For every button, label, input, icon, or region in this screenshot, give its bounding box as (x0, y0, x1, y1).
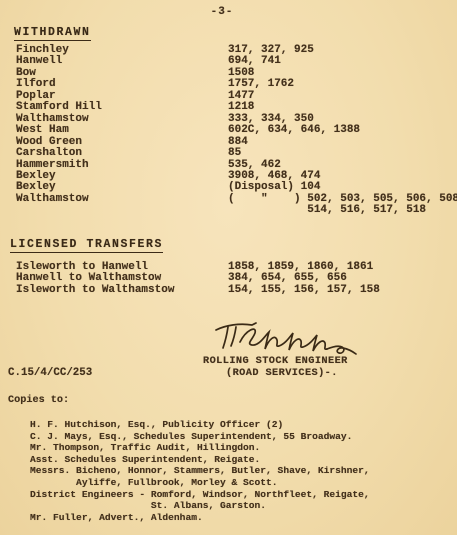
withdrawn-row: Carshalton 85 (16, 148, 453, 159)
copies-recipient-line: Mr. Thompson, Traffic Audit, Hillingdon. (30, 442, 370, 454)
withdrawn-row: Walthamstow ( " ) 502, 503, 505, 506, 50… (16, 194, 453, 217)
copies-recipient-line: Asst. Schedules Superintendent, Reigate. (30, 454, 370, 466)
garage-location-label: Carshalton (16, 148, 228, 159)
signature-ink-strokes (212, 318, 362, 360)
copies-to-list: H. F. Hutchison, Esq., Publicity Officer… (30, 419, 370, 523)
handwritten-signature (212, 318, 362, 360)
signoff-title-line2: (ROAD SERVICES)-. (226, 367, 338, 379)
copies-to-heading: Copies to: (8, 395, 69, 406)
garage-location-label: Hanwell (16, 56, 228, 67)
fleet-numbers: 85 (228, 148, 241, 159)
fleet-numbers: 154, 155, 156, 157, 158 (228, 285, 380, 296)
reference-number: C.15/4/CC/253 (8, 367, 92, 379)
transfer-route-label: Isleworth to Walthamstow (16, 285, 228, 296)
scanned-document-page: -3- WITHDRAWN Finchley 317, 327, 925 Han… (0, 0, 457, 535)
copies-recipient-line: C. J. Mays, Esq., Schedules Superintende… (30, 431, 370, 443)
signoff-title-line1: ROLLING STOCK ENGINEER (203, 355, 348, 367)
withdrawn-row: West Ham 602C, 634, 646, 1388 (16, 125, 453, 136)
fleet-numbers: 1218 (228, 102, 254, 113)
copies-recipient-line: Ayliffe, Fullbrook, Morley & Scott. (30, 477, 370, 489)
fleet-numbers: ( " ) 502, 503, 505, 506, 508, 509, 514,… (228, 194, 457, 217)
garage-location-label: West Ham (16, 125, 228, 136)
copies-recipient-line: St. Albans, Garston. (30, 500, 370, 512)
withdrawn-list: Finchley 317, 327, 925 Hanwell 694, 741 … (16, 45, 453, 217)
garage-location-label: Stamford Hill (16, 102, 228, 113)
copies-recipient-line: District Engineers - Romford, Windsor, N… (30, 489, 370, 501)
copies-recipient-line: Mr. Fuller, Advert., Aldenham. (30, 512, 370, 524)
copies-recipient-line: Messrs. Bicheno, Honnor, Stammers, Butle… (30, 465, 370, 477)
licensed-transfers-list: Isleworth to Hanwell 1858, 1859, 1860, 1… (16, 262, 453, 296)
page-number: -3- (0, 6, 444, 18)
withdrawn-row: Stamford Hill 1218 (16, 102, 453, 113)
transfer-row: Isleworth to Walthamstow 154, 155, 156, … (16, 285, 453, 296)
withdrawn-heading: WITHDRAWN (14, 26, 91, 41)
licensed-transfers-heading: LICENSED TRANSFERS (10, 238, 163, 253)
fleet-numbers: 602C, 634, 646, 1388 (228, 125, 360, 136)
copies-recipient-line: H. F. Hutchison, Esq., Publicity Officer… (30, 419, 370, 431)
garage-location-label: Walthamstow (16, 194, 228, 205)
